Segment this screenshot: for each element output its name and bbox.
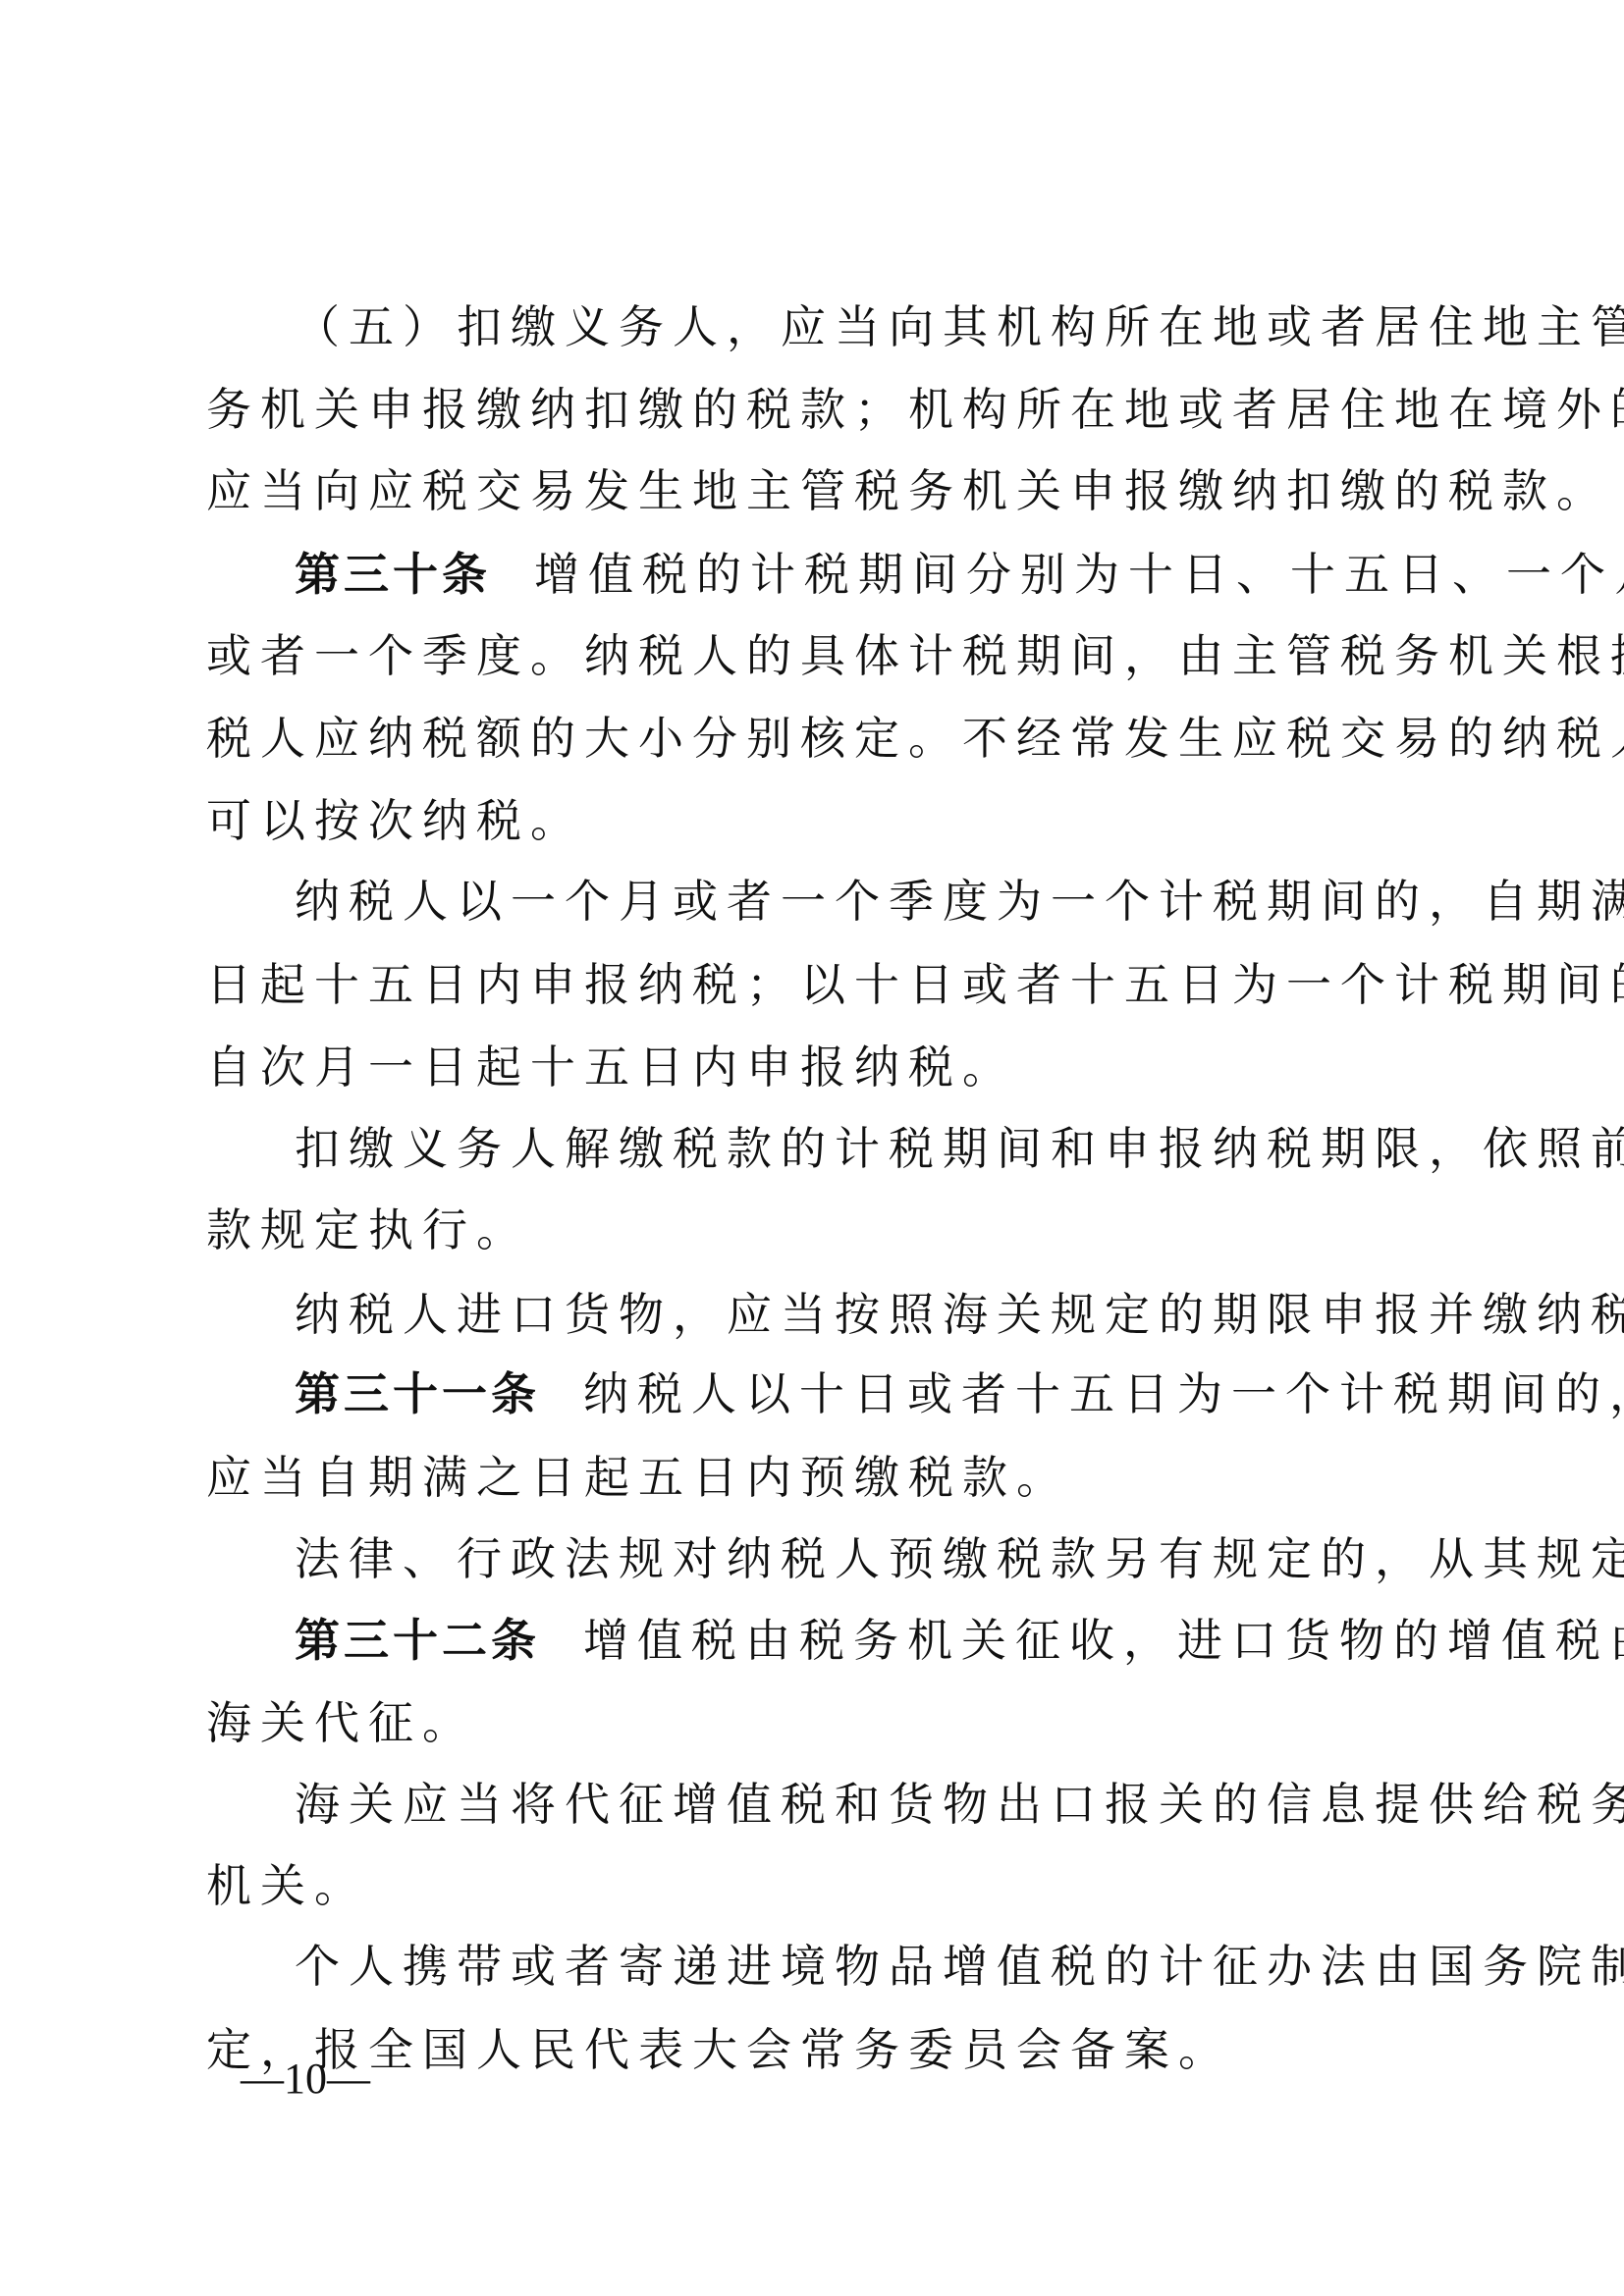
line-text: 纳税人进口货物，应当按照海关规定的期限申报并缴纳税款。 bbox=[295, 1288, 1624, 1341]
paragraph-line: 自次月一日起十五日内申报纳税。 bbox=[206, 1026, 1434, 1108]
document-page: （五）扣缴义务人，应当向其机构所在地或者居住地主管税 务机关申报缴纳扣缴的税款；… bbox=[0, 0, 1624, 2296]
paragraph-line: 扣缴义务人解缴税款的计税期间和申报纳税期限，依照前两 bbox=[295, 1107, 1522, 1190]
line-text: 个人携带或者寄递进境物品增值税的计征办法由国务院制 bbox=[295, 1940, 1624, 1993]
paragraph-line: 个人携带或者寄递进境物品增值税的计征办法由国务院制 bbox=[295, 1925, 1522, 2007]
article-30-line: 第三十条增值税的计税期间分别为十日、十五日、一个月 bbox=[295, 533, 1522, 615]
line-text: 扣缴义务人解缴税款的计税期间和申报纳税期限，依照前两 bbox=[295, 1122, 1624, 1175]
paragraph-line: 日起十五日内申报纳税；以十日或者十五日为一个计税期间的， bbox=[206, 943, 1434, 1026]
paragraph-line: 务机关申报缴纳扣缴的税款；机构所在地或者居住地在境外的， bbox=[206, 368, 1434, 451]
paragraph-line: 法律、行政法规对纳税人预缴税款另有规定的，从其规定。 bbox=[295, 1518, 1522, 1600]
line-text: 增值税由税务机关征收，进口货物的增值税由 bbox=[583, 1614, 1624, 1667]
line-text: 法律、行政法规对纳税人预缴税款另有规定的，从其规定。 bbox=[295, 1532, 1624, 1585]
paragraph-line: 或者一个季度。纳税人的具体计税期间，由主管税务机关根据纳 bbox=[206, 614, 1434, 697]
paragraph-line: 海关应当将代征增值税和货物出口报关的信息提供给税务 bbox=[295, 1763, 1522, 1845]
line-text: 税人应纳税额的大小分别核定。不经常发生应税交易的纳税人， bbox=[206, 712, 1624, 765]
line-text: 务机关申报缴纳扣缴的税款；机构所在地或者居住地在境外的， bbox=[206, 383, 1624, 436]
line-text: 日起十五日内申报纳税；以十日或者十五日为一个计税期间的， bbox=[206, 958, 1624, 1011]
paragraph-line: （五）扣缴义务人，应当向其机构所在地或者居住地主管税 bbox=[295, 286, 1522, 368]
paragraph-line: 款规定执行。 bbox=[206, 1189, 1434, 1271]
line-text: 应当向应税交易发生地主管税务机关申报缴纳扣缴的税款。 bbox=[206, 464, 1610, 517]
page-number: —10— bbox=[241, 2054, 370, 2104]
line-text: 纳税人以一个月或者一个季度为一个计税期间的，自期满之 bbox=[295, 875, 1624, 928]
line-text: 或者一个季度。纳税人的具体计税期间，由主管税务机关根据纳 bbox=[206, 629, 1624, 682]
paragraph-line: 应当向应税交易发生地主管税务机关申报缴纳扣缴的税款。 bbox=[206, 450, 1434, 532]
paragraph-line: 纳税人以一个月或者一个季度为一个计税期间的，自期满之 bbox=[295, 860, 1522, 942]
paragraph-line: 海关代征。 bbox=[206, 1682, 1434, 1764]
article-heading: 第三十条 bbox=[295, 548, 491, 601]
article-31-line: 第三十一条纳税人以十日或者十五日为一个计税期间的， bbox=[295, 1353, 1522, 1435]
article-heading: 第三十一条 bbox=[295, 1367, 540, 1420]
line-text: 海关代征。 bbox=[206, 1696, 476, 1749]
article-32-line: 第三十二条增值税由税务机关征收，进口货物的增值税由 bbox=[295, 1599, 1522, 1682]
paragraph-line: 定，报全国人民代表大会常务委员会备案。 bbox=[206, 2008, 1434, 2091]
paragraph-line: 税人应纳税额的大小分别核定。不经常发生应税交易的纳税人， bbox=[206, 697, 1434, 779]
article-heading: 第三十二条 bbox=[295, 1614, 540, 1667]
line-text: 款规定执行。 bbox=[206, 1203, 530, 1256]
line-text: 机关。 bbox=[206, 1859, 368, 1912]
line-text: 自次月一日起十五日内申报纳税。 bbox=[206, 1041, 1016, 1094]
line-text: 海关应当将代征增值税和货物出口报关的信息提供给税务 bbox=[295, 1778, 1624, 1831]
paragraph-line: 机关。 bbox=[206, 1844, 1434, 1927]
paragraph-line: 应当自期满之日起五日内预缴税款。 bbox=[206, 1436, 1434, 1519]
paragraph-line: 可以按次纳税。 bbox=[206, 779, 1434, 862]
paragraph-line: 纳税人进口货物，应当按照海关规定的期限申报并缴纳税款。 bbox=[295, 1273, 1522, 1356]
line-text: 可以按次纳税。 bbox=[206, 794, 584, 847]
line-text: 增值税的计税期间分别为十日、十五日、一个月 bbox=[534, 548, 1624, 601]
line-text: 纳税人以十日或者十五日为一个计税期间的， bbox=[583, 1367, 1624, 1420]
line-text: （五）扣缴义务人，应当向其机构所在地或者居住地主管税 bbox=[295, 300, 1624, 353]
line-text: 应当自期满之日起五日内预缴税款。 bbox=[206, 1451, 1070, 1504]
